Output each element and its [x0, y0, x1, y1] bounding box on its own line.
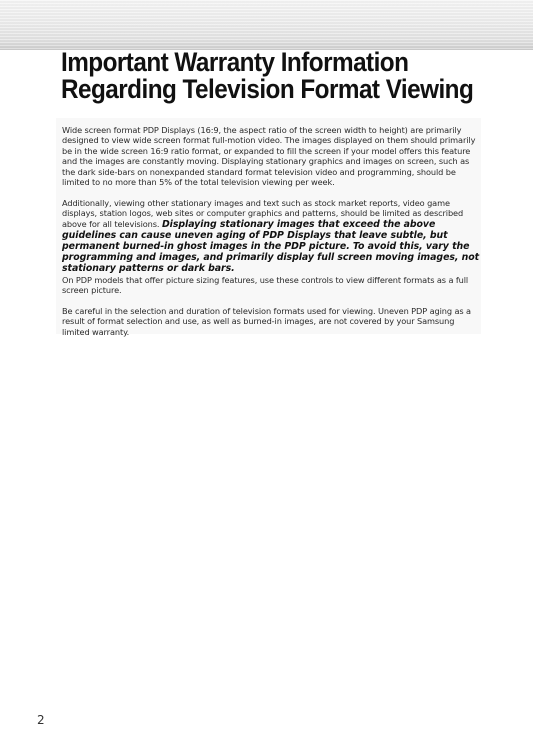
page-number: 2 [37, 713, 45, 727]
header-band [0, 0, 533, 50]
paragraph-2-outro: On PDP models that offer picture sizing … [62, 275, 468, 295]
paragraph-warranty-exclusion: Be careful in the selection and duration… [62, 306, 482, 337]
title-line-1: Important Warranty Information [61, 49, 457, 76]
body-text: Wide screen format PDP Displays (16:9, t… [62, 125, 482, 347]
paragraph-format-guidelines: Wide screen format PDP Displays (16:9, t… [62, 125, 482, 187]
title-line-2: Regarding Television Format Viewing [61, 76, 457, 103]
page-title: Important Warranty Information Regarding… [61, 49, 457, 103]
paragraph-stationary-images: Additionally, viewing other stationary i… [62, 198, 482, 296]
